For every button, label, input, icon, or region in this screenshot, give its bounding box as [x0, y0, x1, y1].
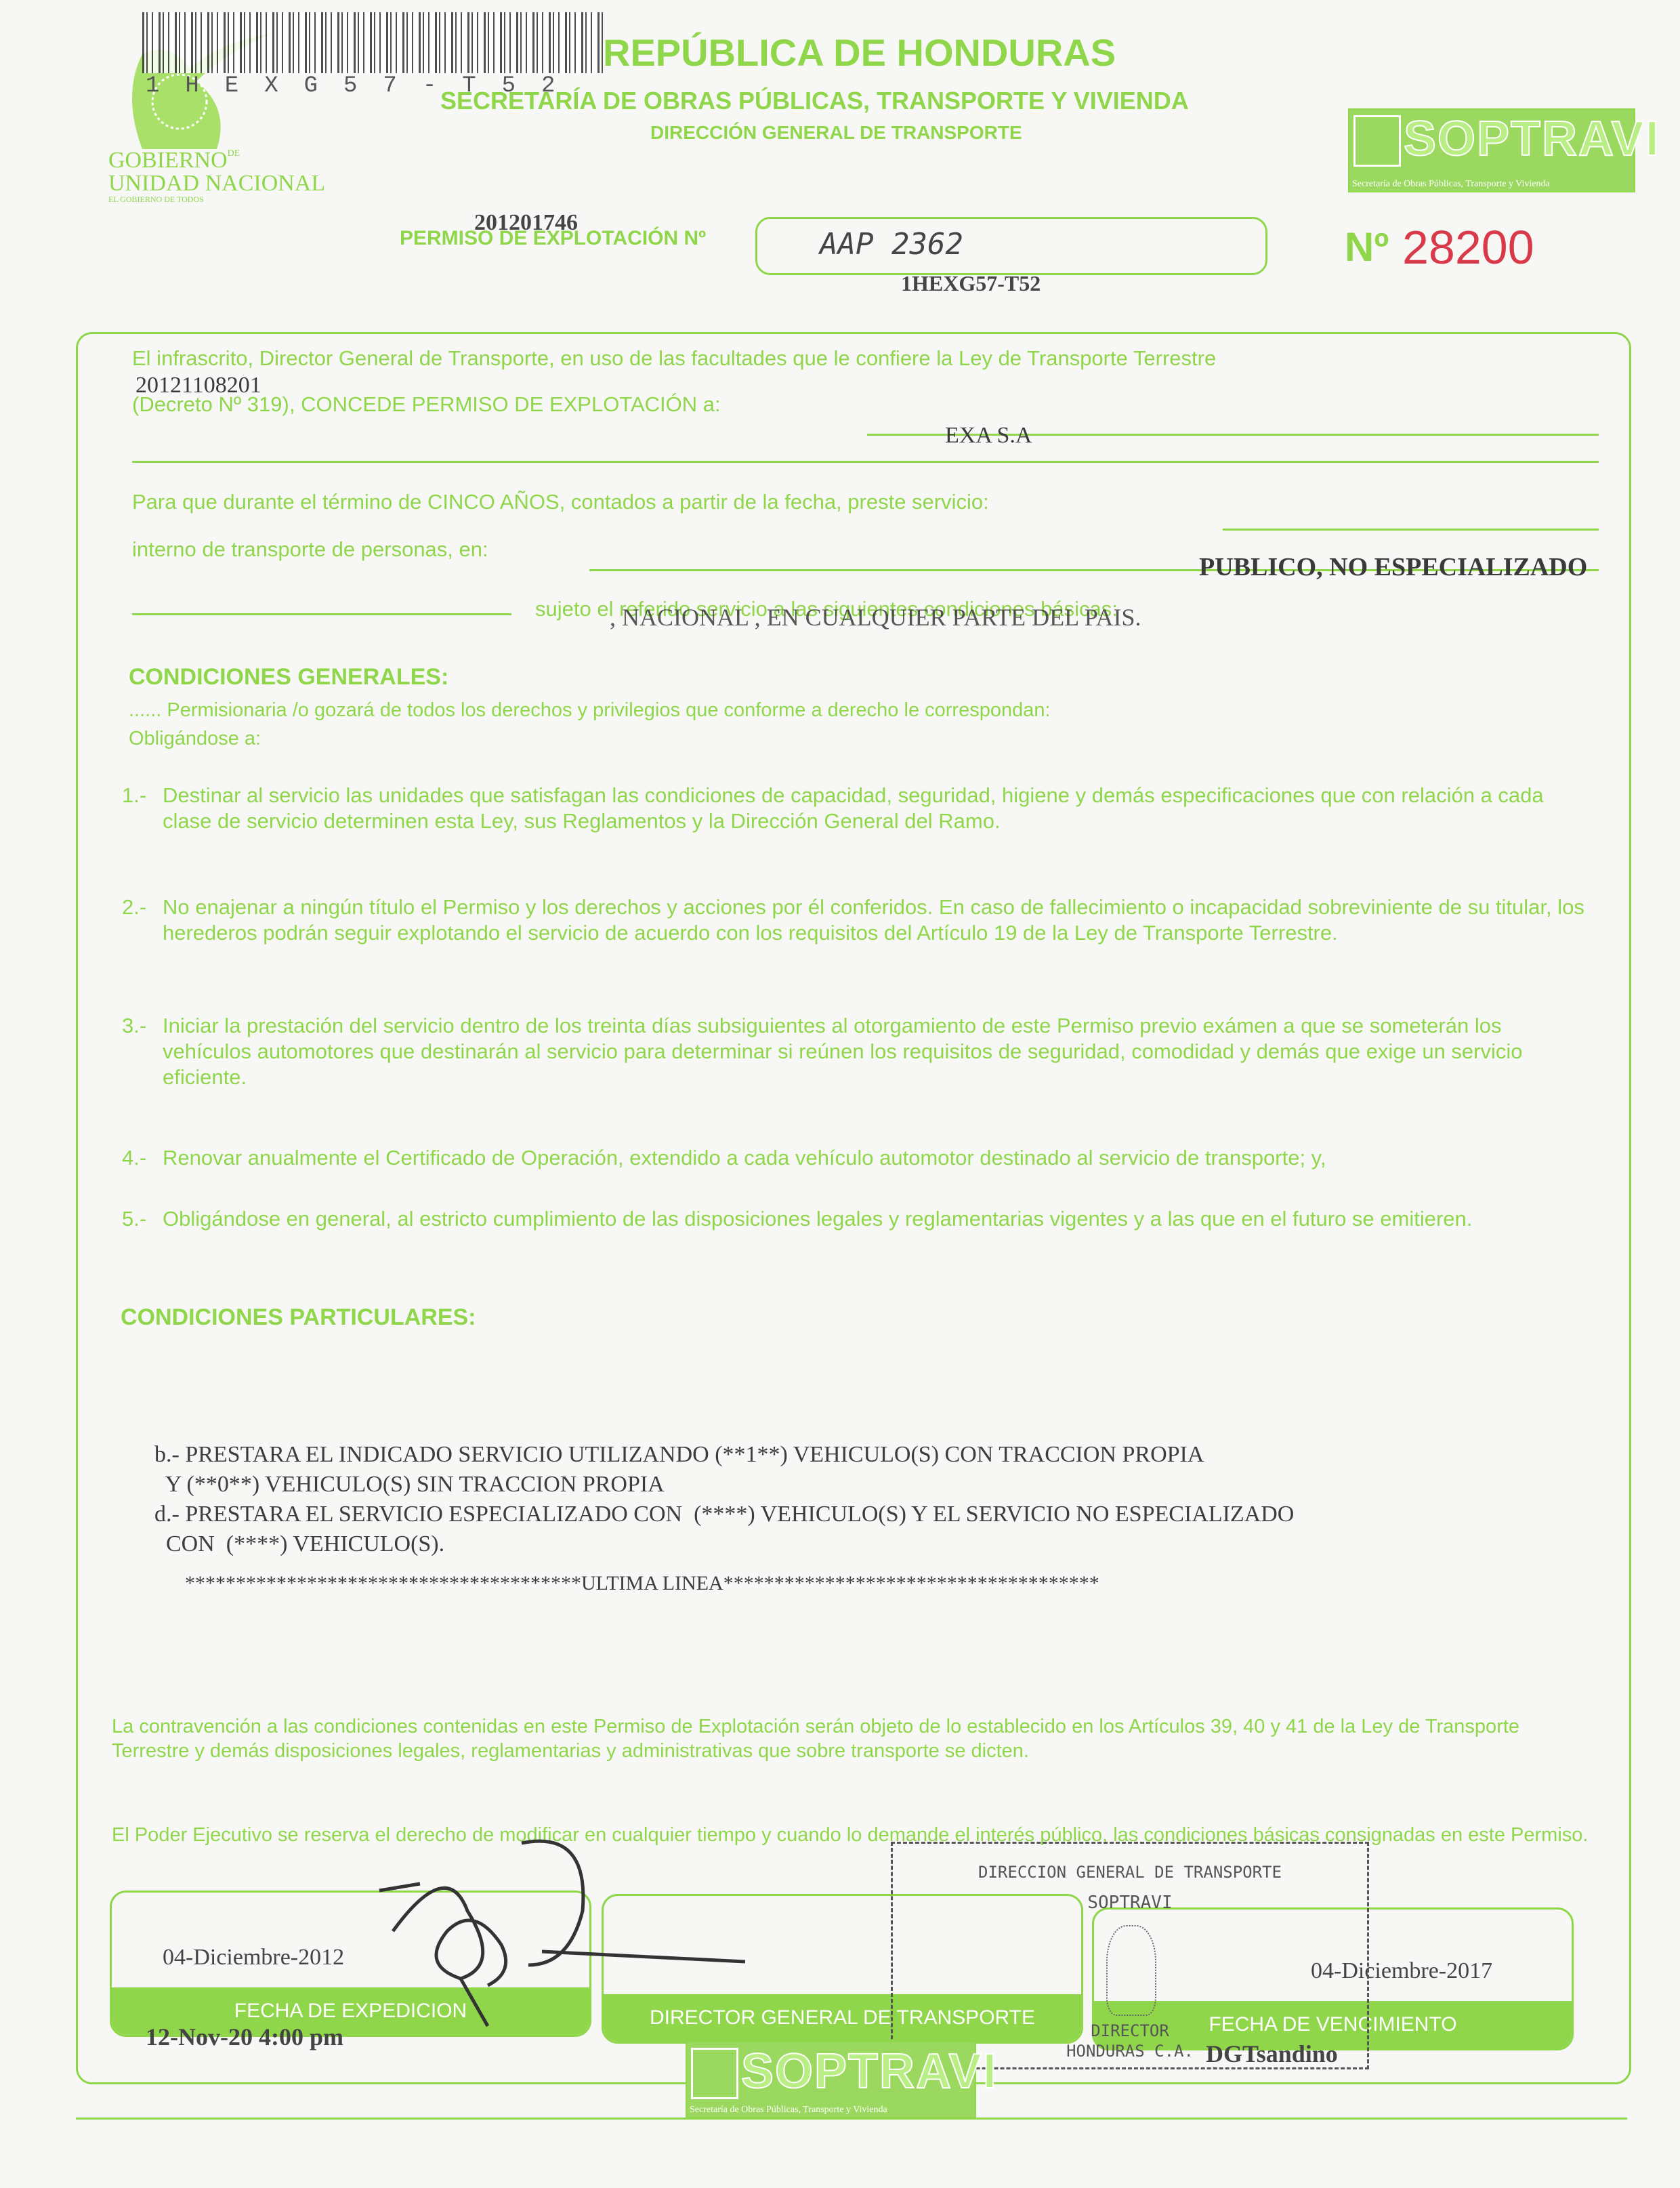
serial-number-label: Nº — [1345, 224, 1389, 270]
grantee-underline-2 — [132, 461, 1599, 463]
general-condition-5: 5.- Obligándose en general, al estricto … — [122, 1206, 1592, 1232]
soptravi-tagline: Secretaría de Obras Públicas, Transporte… — [690, 2105, 887, 2115]
seal-line-2: SOPTRAVI — [893, 1893, 1367, 1913]
soptravi-wordmark: SOPTRAVI — [1404, 111, 1630, 167]
barcode — [142, 12, 603, 73]
condition-text: Iniciar la prestación del servicio dentr… — [122, 1013, 1592, 1090]
condition-number: 5.- — [122, 1206, 146, 1232]
general-condition-2: 2.- No enajenar a ningún título el Permi… — [122, 894, 1592, 946]
condition-number: 4.- — [122, 1145, 146, 1171]
particular-conditions-heading: CONDICIONES PARTICULARES: — [121, 1304, 476, 1331]
ministry-name: SECRETARÍA DE OBRAS PÚBLICAS, TRANSPORTE… — [440, 87, 1189, 115]
condition-text: Destinar al servicio las unidades que sa… — [122, 783, 1592, 834]
coat-of-arms-icon — [1106, 1925, 1156, 2016]
service-type: PUBLICO, NO ESPECIALIZADO — [1199, 552, 1587, 582]
service-underline-1 — [1223, 529, 1599, 531]
seal-line-1: DIRECCION GENERAL DE TRANSPORTE — [893, 1863, 1367, 1882]
bottom-border — [76, 2118, 1627, 2120]
general-conditions-obligation: Obligándose a: — [129, 726, 261, 751]
issue-date-value: 04-Diciembre-2012 — [163, 1945, 344, 1970]
coverage-area: , NACIONAL , EN CUALQUIER PARTE DEL PAIS… — [610, 603, 1141, 632]
serial-number: 28200 — [1402, 220, 1534, 274]
print-timestamp: 12-Nov-20 4:00 pm — [146, 2023, 343, 2051]
condition-text: Renovar anualmente el Certificado de Ope… — [122, 1145, 1592, 1171]
particular-line-1: b.- PRESTARA EL INDICADO SERVICIO UTILIZ… — [154, 1442, 1204, 1468]
general-conditions-intro: ...... Permisionaria /o gozará de todos … — [129, 698, 1051, 722]
intro-line-1: El infrascrito, Director General de Tran… — [132, 346, 1216, 372]
soptravi-logo-footer: SOPTRAVI Secretaría de Obras Públicas, T… — [686, 2041, 976, 2118]
department-name: DIRECCIÓN GENERAL DE TRANSPORTE — [650, 122, 1022, 144]
condition-number: 3.- — [122, 1013, 146, 1039]
government-logo-text: GOBIERNODE UNIDAD NACIONAL EL GOBIERNO D… — [108, 149, 325, 203]
soptravi-tagline: Secretaría de Obras Públicas, Transporte… — [1352, 179, 1550, 190]
permit-code-bottom: 1HEXG57-T52 — [901, 271, 1041, 296]
term-line: Para que durante el término de CINCO AÑO… — [132, 489, 989, 516]
gov-logo-suffix: DE — [228, 148, 240, 159]
particular-line-3: d.- PRESTARA EL SERVICIO ESPECIALIZADO C… — [154, 1502, 1294, 1527]
contravention-notice: La contravención a las condiciones conte… — [112, 1714, 1592, 1764]
condition-text: No enajenar a ningún título el Permiso y… — [122, 894, 1592, 946]
permit-number-handwritten: AAP 2362 — [820, 227, 963, 262]
scope-line: interno de transporte de personas, en: — [132, 537, 488, 563]
gov-logo-line3: EL GOBIERNO DE TODOS — [108, 195, 325, 203]
soptravi-emblem-icon — [691, 2048, 738, 2099]
condition-number: 1.- — [122, 783, 146, 808]
document-title: REPÚBLICA DE HONDURAS — [603, 30, 1116, 75]
permit-number-label: PERMISO DE EXPLOTACIÓN Nº — [400, 227, 706, 250]
soptravi-wordmark: SOPTRAVI — [741, 2044, 971, 2099]
signer-id: DGTsandino — [1206, 2040, 1338, 2068]
soptravi-emblem-icon — [1353, 115, 1401, 167]
official-seal-stamp: DIRECCION GENERAL DE TRANSPORTE SOPTRAVI… — [891, 1842, 1369, 2069]
particular-line-2: Y (**0**) VEHICULO(S) SIN TRACCION PROPI… — [154, 1472, 665, 1498]
last-line-marker: ***************************************U… — [154, 1572, 1099, 1595]
gov-logo-line1: GOBIERNO — [108, 148, 228, 173]
gov-logo-line2: UNIDAD NACIONAL — [108, 172, 325, 195]
coverage-underline — [132, 613, 511, 615]
seal-line-3: DIRECTOR — [893, 2021, 1367, 2040]
general-condition-3: 3.- Iniciar la prestación del servicio d… — [122, 1013, 1592, 1090]
soptravi-logo: SOPTRAVI Secretaría de Obras Públicas, T… — [1348, 108, 1635, 192]
intro-line-2: (Decreto Nº 319), CONCEDE PERMISO DE EXP… — [132, 392, 721, 418]
condition-number: 2.- — [122, 894, 146, 920]
grantee-name: EXA S.A — [945, 423, 1032, 449]
particular-line-4: CON (****) VEHICULO(S). — [154, 1531, 444, 1557]
condition-text: Obligándose en general, al estricto cump… — [122, 1206, 1592, 1232]
general-conditions-heading: CONDICIONES GENERALES: — [129, 664, 448, 690]
director-signature — [366, 1830, 894, 2033]
general-condition-1: 1.- Destinar al servicio las unidades qu… — [122, 783, 1592, 834]
general-condition-4: 4.- Renovar anualmente el Certificado de… — [122, 1145, 1592, 1171]
